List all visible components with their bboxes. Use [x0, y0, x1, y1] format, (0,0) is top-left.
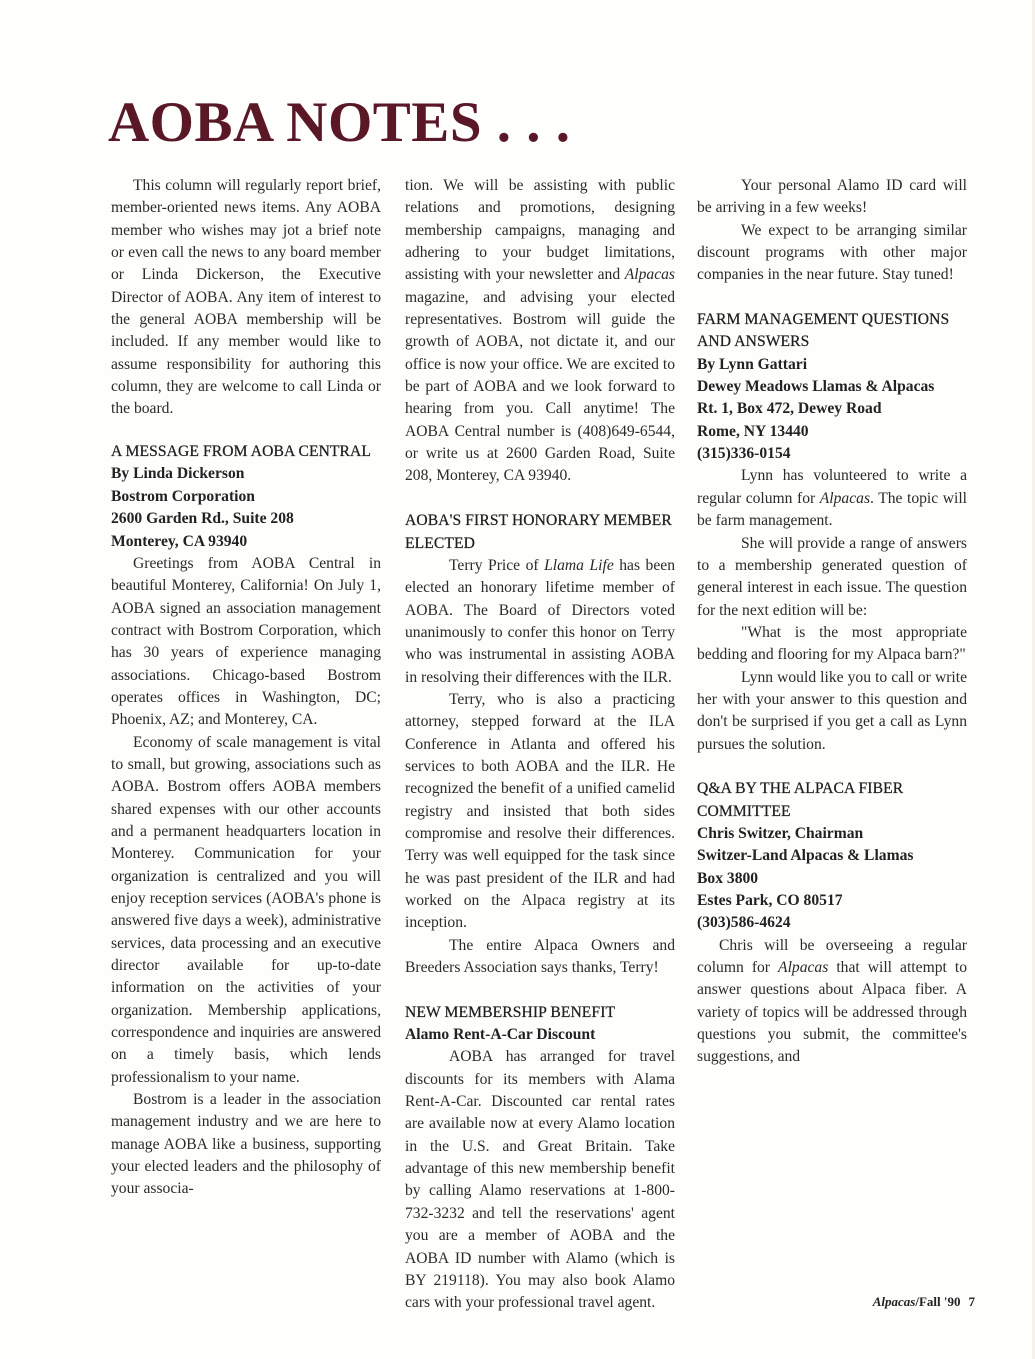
magazine-title: Alpacas: [820, 490, 870, 507]
byline-organization: Bostrom Corporation: [111, 486, 381, 508]
article-paragraph: The entire Alpaca Owners and Breeders As…: [405, 935, 675, 980]
article-paragraph: Your personal Alamo ID card will be arri…: [697, 175, 967, 220]
byline-city: Monterey, CA 93940: [111, 531, 381, 553]
footer-publication: Alpacas: [873, 1294, 916, 1309]
byline-organization: Dewey Meadows Llamas & Alpacas: [697, 376, 967, 398]
footer-issue: /Fall '90: [915, 1294, 960, 1309]
byline-city: Estes Park, CO 80517: [697, 890, 967, 912]
article-paragraph: Chris will be overseeing a regular colum…: [697, 935, 967, 1069]
byline-author: By Lynn Gattari: [697, 354, 967, 376]
byline-city: Rome, NY 13440: [697, 421, 967, 443]
byline-street: Rt. 1, Box 472, Dewey Road: [697, 398, 967, 420]
article-fiber-committee: Q&A BY THE ALPACA FIBER COMMITTEE Chris …: [697, 778, 967, 1068]
article-honorary-member: AOBA'S FIRST HONORARY MEMBER ELECTED Ter…: [405, 510, 675, 979]
article-membership-benefit: NEW MEMBERSHIP BENEFIT Alamo Rent-A-Car …: [405, 1002, 675, 1315]
article-paragraph: Economy of scale management is vital to …: [111, 732, 381, 1090]
byline-street: 2600 Garden Rd., Suite 208: [111, 508, 381, 530]
magazine-title: Alpacas: [625, 266, 675, 283]
article-heading: AOBA'S FIRST HONORARY MEMBER ELECTED: [405, 510, 675, 555]
article-heading: Q&A BY THE ALPACA FIBER COMMITTEE: [697, 778, 967, 823]
page-title: AOBA NOTES . . .: [108, 88, 571, 158]
column-2: tion. We will be assisting with public r…: [405, 175, 675, 1315]
article-paragraph: Terry, who is also a practicing attorney…: [405, 689, 675, 935]
spacer: [111, 421, 381, 443]
article-message-from-central: A MESSAGE FROM AOBA CENTRAL By Linda Dic…: [111, 441, 381, 1201]
article-quote: "What is the most appropriate bedding an…: [697, 622, 967, 667]
column-1: This column will regularly report brief,…: [111, 175, 381, 1201]
page-footer: Alpacas/Fall '907: [873, 1294, 975, 1310]
spacer: [697, 287, 967, 309]
byline-author: By Linda Dickerson: [111, 463, 381, 485]
article-paragraph: We expect to be arranging similar discou…: [697, 220, 967, 287]
page-number: 7: [969, 1294, 976, 1309]
column-3: Your personal Alamo ID card will be arri…: [697, 175, 967, 1069]
paragraph-text: Terry Price of: [449, 557, 544, 574]
article-paragraph: Lynn has volunteered to write a regular …: [697, 465, 967, 532]
article-paragraph: Lynn would like you to call or write her…: [697, 667, 967, 756]
article-subheading: Alamo Rent-A-Car Discount: [405, 1024, 675, 1046]
spacer: [405, 488, 675, 510]
article-heading: NEW MEMBERSHIP BENEFIT: [405, 1002, 675, 1024]
article-paragraph: Terry Price of Llama Life has been elect…: [405, 555, 675, 689]
article-paragraph: Bostrom is a leader in the association m…: [111, 1089, 381, 1201]
paragraph-text: magazine, and advising your elected repr…: [405, 289, 675, 485]
article-paragraph: AOBA has arranged for travel discounts f…: [405, 1046, 675, 1314]
magazine-title: Llama Life: [544, 557, 614, 574]
intro-paragraph: This column will regularly report brief,…: [111, 175, 381, 421]
article-farm-management: FARM MANAGEMENT QUESTIONS AND ANSWERS By…: [697, 309, 967, 756]
byline-phone: (303)586-4624: [697, 912, 967, 934]
article-heading: A MESSAGE FROM AOBA CENTRAL: [111, 441, 381, 463]
byline-organization: Switzer-Land Alpacas & Llamas: [697, 845, 967, 867]
spacer: [405, 979, 675, 1001]
byline-phone: (315)336-0154: [697, 443, 967, 465]
article-paragraph: Greetings from AOBA Central in beautiful…: [111, 553, 381, 732]
byline-author: Chris Switzer, Chairman: [697, 823, 967, 845]
spacer: [697, 756, 967, 778]
paragraph-text: has been elected an honorary lifetime me…: [405, 557, 675, 686]
byline-box: Box 3800: [697, 868, 967, 890]
article-paragraph-continued: tion. We will be assisting with public r…: [405, 175, 675, 488]
article-paragraph: She will provide a range of answers to a…: [697, 533, 967, 622]
magazine-title: Alpacas: [778, 959, 828, 976]
article-heading: FARM MANAGEMENT QUESTIONS AND ANSWERS: [697, 309, 967, 354]
